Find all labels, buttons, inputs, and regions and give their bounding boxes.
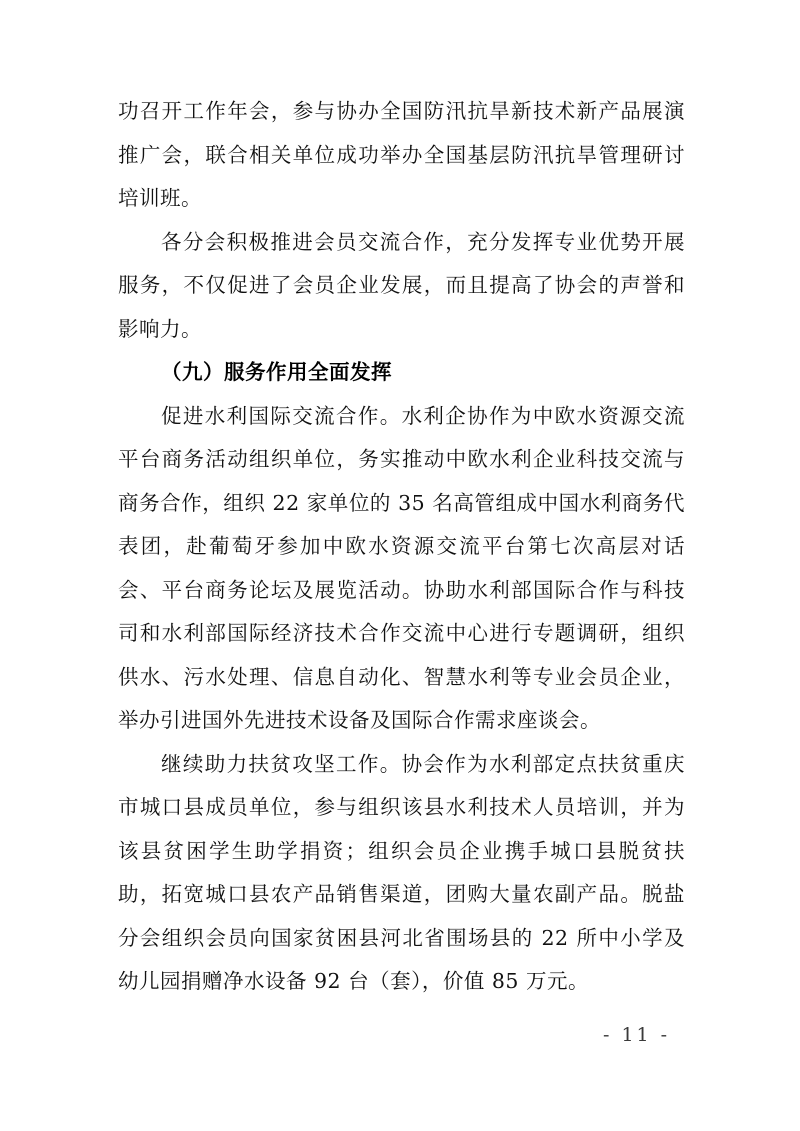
text-line: 表团，赴葡萄牙参加中欧水资源交流平台第七次高层对话 [118, 525, 685, 569]
text-line: 功召开工作年会，参与协办全国防汛抗旱新技术新产品展演 [118, 90, 685, 134]
text-line: 继续助力扶贫攻坚工作。协会作为水利部定点扶贫重庆 [118, 743, 685, 787]
text-line: 推广会，联合相关单位成功举办全国基层防汛抗旱管理研讨 [118, 134, 685, 178]
document-page: 功召开工作年会，参与协办全国防汛抗旱新技术新产品展演推广会，联合相关单位成功举办… [0, 0, 800, 1131]
text-line: 幼儿园捐赠净水设备 92 台（套），价值 85 万元。 [118, 960, 685, 1004]
section-heading: （九）服务作用全面发挥 [118, 351, 685, 395]
text-line: 各分会积极推进会员交流合作，充分发挥专业优势开展 [118, 221, 685, 265]
text-line: 市城口县成员单位，参与组织该县水利技术人员培训，并为 [118, 786, 685, 830]
text-line: 分会组织会员向国家贫困县河北省围场县的 22 所中小学及 [118, 917, 685, 961]
document-body: 功召开工作年会，参与协办全国防汛抗旱新技术新产品展演推广会，联合相关单位成功举办… [118, 90, 685, 1004]
page-number: - 11 - [603, 1021, 670, 1049]
text-line: 服务，不仅促进了会员企业发展，而且提高了协会的声誉和 [118, 264, 685, 308]
text-line: 供水、污水处理、信息自动化、智慧水利等专业会员企业， [118, 656, 685, 700]
text-line: 培训班。 [118, 177, 685, 221]
text-line: 商务合作，组织 22 家单位的 35 名高管组成中国水利商务代 [118, 482, 685, 526]
text-line: 影响力。 [118, 308, 685, 352]
text-line: 该县贫困学生助学捐资；组织会员企业携手城口县脱贫扶 [118, 830, 685, 874]
text-line: 助，拓宽城口县农产品销售渠道，团购大量农副产品。脱盐 [118, 873, 685, 917]
text-line: 司和水利部国际经济技术合作交流中心进行专题调研，组织 [118, 612, 685, 656]
text-line: 举办引进国外先进技术设备及国际合作需求座谈会。 [118, 699, 685, 743]
text-line: 平台商务活动组织单位，务实推动中欧水利企业科技交流与 [118, 438, 685, 482]
text-line: 会、平台商务论坛及展览活动。协助水利部国际合作与科技 [118, 569, 685, 613]
text-line: 促进水利国际交流合作。水利企协作为中欧水资源交流 [118, 395, 685, 439]
